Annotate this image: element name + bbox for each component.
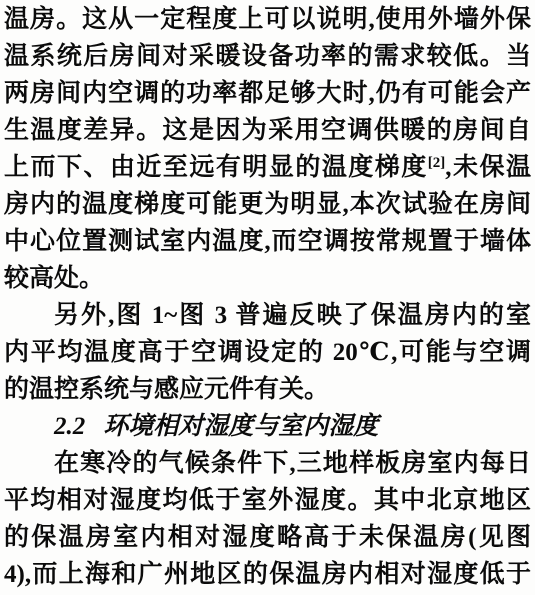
text-line: 房内的温度梯度可能更为明显,本次试验在房间 xyxy=(4,186,531,223)
section-heading: 2.2环境相对湿度与室内湿度 xyxy=(4,408,531,445)
text-line: 上而下、由近至远有明显的温度梯度[2],未保温 xyxy=(4,149,531,186)
text-line: 在寒冷的气候条件下,三地样板房室内每日 xyxy=(4,445,531,482)
paper-page: 温房。这从一定程度上可以说明,使用外墙外保 温系统后房间对采暖设备功率的需求较低… xyxy=(0,0,535,595)
text-line: 温系统后房间对采暖设备功率的需求较低。当 xyxy=(4,38,531,75)
text-line: 另外,图 1~图 3 普遍反映了保温房内的室 xyxy=(4,297,531,334)
citation-ref: [2] xyxy=(428,155,446,171)
line-text: 上而下、由近至远有明显的温度梯度 xyxy=(4,154,428,181)
text-line: 的温控系统与感应元件有关。 xyxy=(4,371,531,408)
section-title: 环境相对湿度与室内湿度 xyxy=(103,413,378,440)
text-line: 较高处。 xyxy=(4,260,531,297)
section-number: 2.2 xyxy=(54,413,85,440)
text-line: 温房。这从一定程度上可以说明,使用外墙外保 xyxy=(4,1,531,38)
text-line: 4),而上海和广州地区的保温房内相对湿度低于 xyxy=(4,556,531,593)
text-line: 两房间内空调的功率都足够大时,仍有可能会产 xyxy=(4,75,531,112)
text-line: 生温度差异。这是因为采用空调供暖的房间自 xyxy=(4,112,531,149)
text-line: 内平均温度高于空调设定的 20℃,可能与空调 xyxy=(4,334,531,371)
line-text: ,未保温 xyxy=(445,154,531,181)
text-line: 中心位置测试室内温度,而空调按常规置于墙体 xyxy=(4,223,531,260)
text-line: 的保温房室内相对湿度略高于未保温房(见图 xyxy=(4,519,531,556)
text-line: 平均相对湿度均低于室外湿度。其中北京地区 xyxy=(4,482,531,519)
